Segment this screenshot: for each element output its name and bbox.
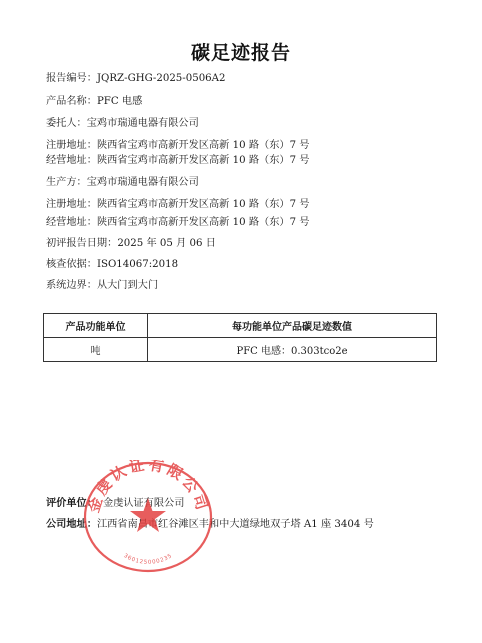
field-producer-registered-address: 注册地址：陕西省宝鸡市高新开发区高新 10 路（东）7 号 (46, 198, 309, 212)
field-label: 初评报告日期： (46, 238, 117, 249)
field-client: 委托人：宝鸡市瑞通电器有限公司 (46, 117, 199, 131)
field-label: 经营地址： (46, 217, 97, 228)
field-value: 从大门到大门 (97, 280, 158, 291)
field-label: 核查依据： (46, 259, 97, 270)
table-row: 吨 PFC 电感：0.303tco2e (44, 338, 437, 362)
report-title: 碳足迹报告 (0, 38, 482, 65)
field-label: 注册地址： (46, 140, 97, 151)
field-producer: 生产方：宝鸡市瑞通电器有限公司 (46, 176, 199, 190)
field-value: 2025 年 05 月 06 日 (117, 238, 216, 249)
cell-footprint-value: PFC 电感：0.303tco2e (148, 338, 437, 362)
carbon-footprint-table: 产品功能单位 每功能单位产品碳足迹数值 吨 PFC 电感：0.303tco2e (43, 313, 437, 362)
field-label: 注册地址： (46, 199, 97, 210)
field-label: 系统边界： (46, 280, 97, 291)
field-system-boundary: 系统边界：从大门到大门 (46, 279, 158, 293)
star-icon (130, 498, 166, 532)
field-value: 陕西省宝鸡市高新开发区高新 10 路（东）7 号 (97, 140, 310, 151)
field-verification-basis: 核查依据：ISO14067:2018 (46, 258, 178, 272)
cell-functional-unit: 吨 (44, 338, 148, 362)
field-value: ISO14067:2018 (97, 259, 178, 270)
header-footprint-value: 每功能单位产品碳足迹数值 (148, 314, 437, 338)
field-client-business-address: 经营地址：陕西省宝鸡市高新开发区高新 10 路（东）7 号 (46, 154, 309, 168)
field-label: 委托人： (46, 118, 87, 129)
field-value: 宝鸡市瑞通电器有限公司 (87, 177, 199, 188)
field-producer-business-address: 经营地址：陕西省宝鸡市高新开发区高新 10 路（东）7 号 (46, 216, 309, 230)
field-client-registered-address: 注册地址：陕西省宝鸡市高新开发区高新 10 路（东）7 号 (46, 139, 309, 153)
official-seal-stamp: 金虔认证有限公司 360125000235 (82, 460, 214, 574)
field-label: 报告编号： (46, 73, 97, 84)
header-functional-unit: 产品功能单位 (44, 314, 148, 338)
field-value: 陕西省宝鸡市高新开发区高新 10 路（东）7 号 (97, 217, 310, 228)
svg-text:360125000235: 360125000235 (122, 553, 173, 566)
field-label: 产品名称： (46, 96, 97, 107)
field-label: 生产方： (46, 177, 87, 188)
seal-number: 360125000235 (122, 553, 173, 566)
field-initial-report-date: 初评报告日期：2025 年 05 月 06 日 (46, 237, 216, 251)
field-value: PFC 电感 (97, 96, 142, 107)
field-product-name: 产品名称：PFC 电感 (46, 95, 142, 109)
field-label: 经营地址： (46, 155, 97, 166)
field-report-number: 报告编号：JQRZ-GHG-2025-0506A2 (46, 72, 226, 86)
field-value: 宝鸡市瑞通电器有限公司 (87, 118, 199, 129)
table-header-row: 产品功能单位 每功能单位产品碳足迹数值 (44, 314, 437, 338)
field-value: 陕西省宝鸡市高新开发区高新 10 路（东）7 号 (97, 199, 310, 210)
field-value: 陕西省宝鸡市高新开发区高新 10 路（东）7 号 (97, 155, 310, 166)
field-value: JQRZ-GHG-2025-0506A2 (97, 73, 226, 84)
